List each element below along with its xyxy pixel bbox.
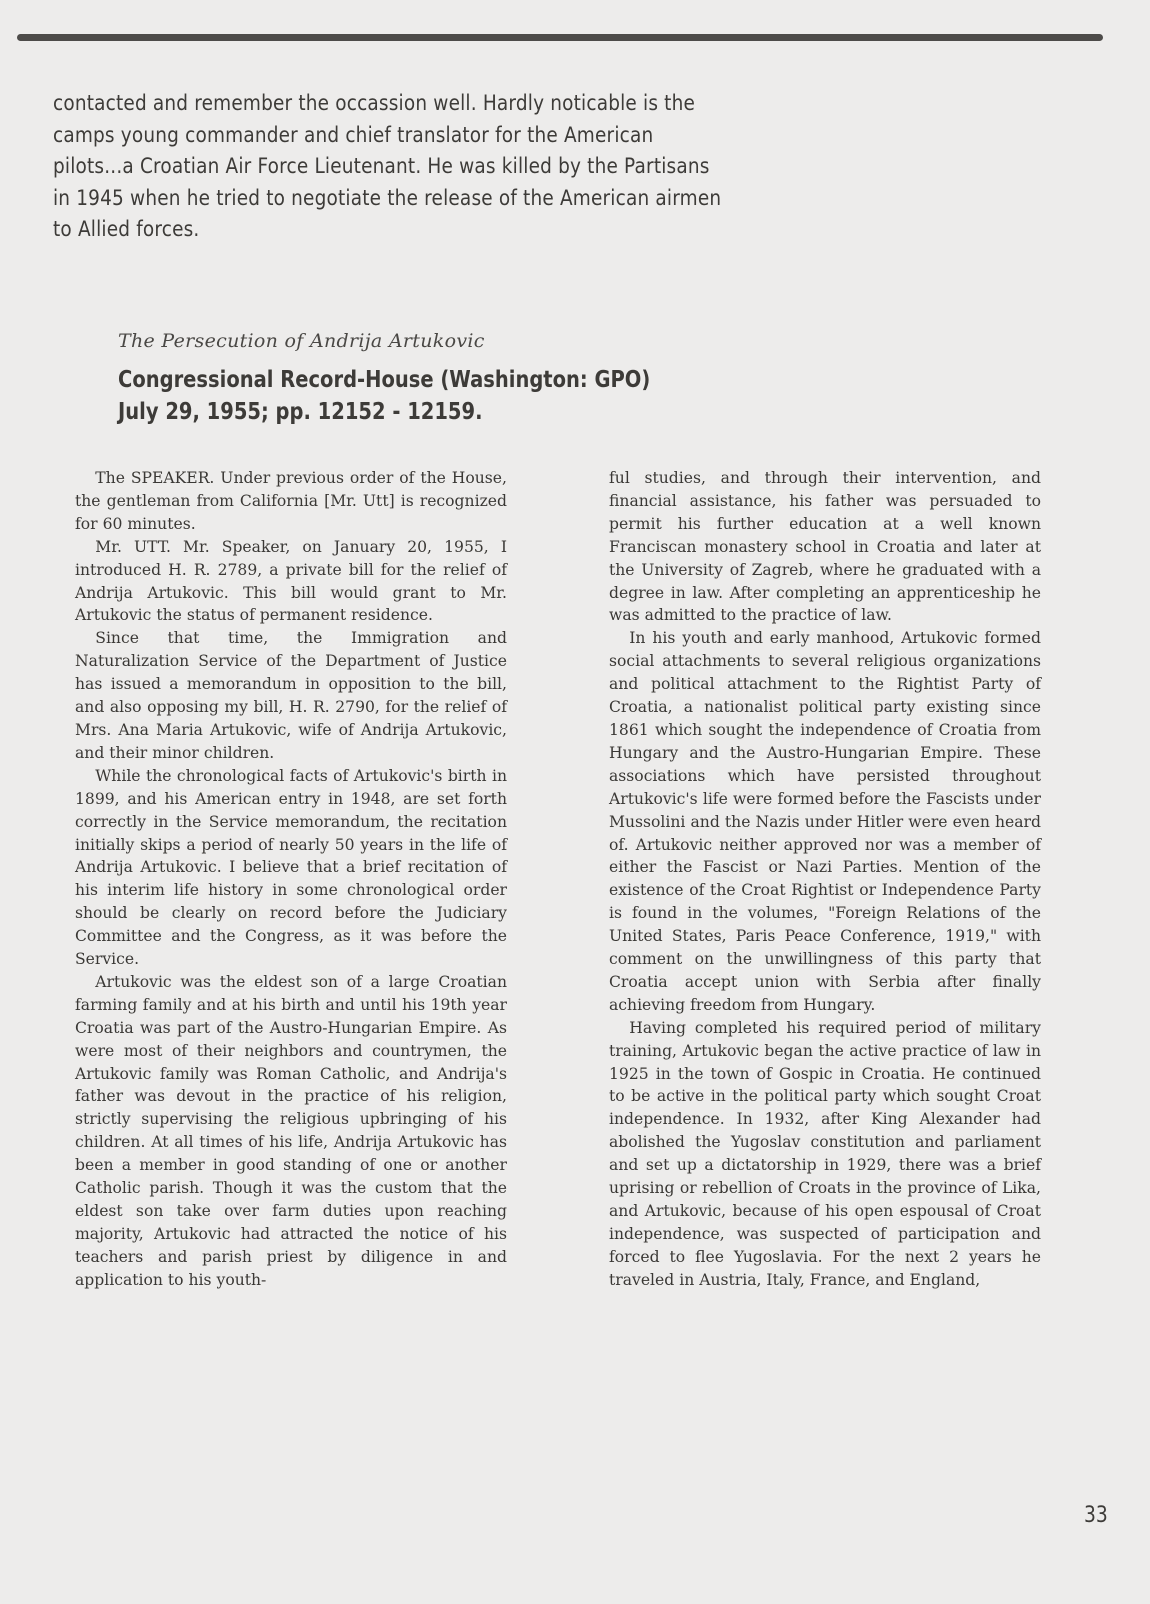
paragraph: Since that time, the Immigration and Nat… [75,627,507,764]
paragraph: Artukovic was the eldest son of a large … [75,971,507,1292]
excerpt-title: The Persecution of Andrija Artukovic [118,330,485,352]
paragraph-continuation: ful studies, and through their intervent… [609,467,1041,627]
citation: Congressional Record-House (Washington: … [118,363,782,427]
page-number: 33 [1084,1503,1108,1528]
paragraph: Having completed his required period of … [609,1017,1041,1292]
paragraph: In his youth and early manhood, Artukovi… [609,627,1041,1016]
intro-paragraph: contacted and remember the occassion wel… [53,88,732,246]
right-column: ful studies, and through their intervent… [609,467,1041,1292]
header-rule [17,34,1103,41]
citation-date-pages: July 29, 1955; pp. 12152 - 12159. [118,395,782,427]
paragraph: While the chronological facts of Artukov… [75,765,507,971]
paragraph: Mr. UTT. Mr. Speaker, on January 20, 195… [75,536,507,628]
citation-source: Congressional Record-House (Washington: … [118,363,782,395]
left-column: The SPEAKER. Under previous order of the… [75,467,507,1292]
paragraph: The SPEAKER. Under previous order of the… [75,467,507,536]
